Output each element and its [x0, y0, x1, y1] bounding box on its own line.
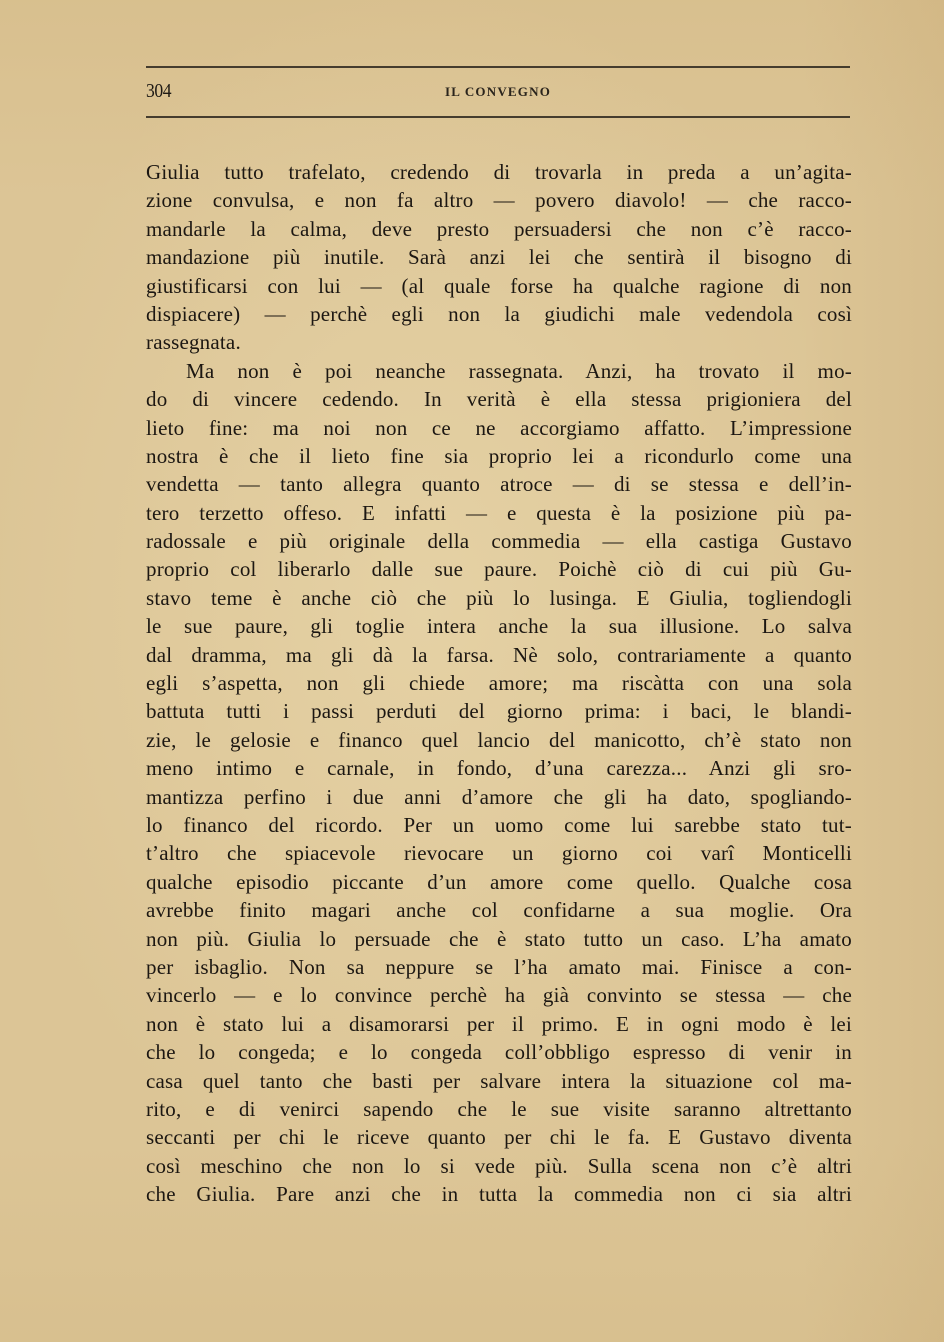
text-line: così meschino che non lo si vede più. Su…: [146, 1152, 852, 1180]
text-line: tero terzetto offeso. E infatti — e ques…: [146, 499, 852, 527]
text-line: t’altro che spiacevole rievocare un gior…: [146, 839, 852, 867]
text-line: egli s’aspetta, non gli chiede amore; ma…: [146, 669, 852, 697]
text-line: le sue paure, gli toglie intera anche la…: [146, 612, 852, 640]
text-line: lieto fine: ma noi non ce ne accorgiamo …: [146, 414, 852, 442]
text-line: proprio col liberarlo dalle sue paure. P…: [146, 555, 852, 583]
text-line: nostra è che il lieto fine sia proprio l…: [146, 442, 852, 470]
text-line: radossale e più originale della commedia…: [146, 527, 852, 555]
text-line: giustificarsi con lui — (al quale forse …: [146, 272, 852, 300]
text-line-paragraph-start: Ma non è poi neanche rassegnata. Anzi, h…: [146, 357, 852, 385]
text-line: per isbaglio. Non sa neppure se l’ha ama…: [146, 953, 852, 981]
text-line: vendetta — tanto allegra quanto atroce —…: [146, 470, 852, 498]
text-line: non più. Giulia lo persuade che è stato …: [146, 925, 852, 953]
text-line: lo financo del ricordo. Per un uomo come…: [146, 811, 852, 839]
text-line: avrebbe finito magari anche col confidar…: [146, 896, 852, 924]
text-line: dispiacere) — perchè egli non la giudich…: [146, 300, 852, 328]
running-head: 304 IL CONVEGNO: [146, 68, 850, 116]
text-line: rito, e di venirci sapendo che le sue vi…: [146, 1095, 852, 1123]
text-line: vincerlo — e lo convince perchè ha già c…: [146, 981, 852, 1009]
text-line: battuta tutti i passi perduti del giorno…: [146, 697, 852, 725]
text-line-paragraph-end: rassegnata.: [146, 328, 852, 356]
page-header: 304 IL CONVEGNO: [146, 66, 850, 118]
text-line: seccanti per chi le riceve quanto per ch…: [146, 1123, 852, 1151]
text-line: non è stato lui a disamorarsi per il pri…: [146, 1010, 852, 1038]
text-line: dal dramma, ma gli dà la farsa. Nè solo,…: [146, 641, 852, 669]
text-line: stavo teme è anche ciò che più lo lusing…: [146, 584, 852, 612]
text-line: zione convulsa, e non fa altro — povero …: [146, 186, 852, 214]
text-line: zie, le gelosie e financo quel lancio de…: [146, 726, 852, 754]
journal-title: IL CONVEGNO: [146, 84, 850, 100]
text-line: casa quel tanto che basti per salvare in…: [146, 1067, 852, 1095]
text-line: qualche episodio piccante d’un amore com…: [146, 868, 852, 896]
text-line: Giulia tutto trafelato, credendo di trov…: [146, 158, 852, 186]
text-line: mandarle la calma, deve presto persuader…: [146, 215, 852, 243]
text-line: che Giulia. Pare anzi che in tutta la co…: [146, 1180, 852, 1208]
text-line: mantizza perfino i due anni d’amore che …: [146, 783, 852, 811]
text-line: do di vincere cedendo. In verità è ella …: [146, 385, 852, 413]
header-bottom-rule: [146, 116, 850, 118]
text-line: meno intimo e carnale, in fondo, d’una c…: [146, 754, 852, 782]
text-line: mandazione più inutile. Sarà anzi lei ch…: [146, 243, 852, 271]
text-line: che lo congeda; e lo congeda coll’obblig…: [146, 1038, 852, 1066]
body-text: Giulia tutto trafelato, credendo di trov…: [146, 158, 852, 1208]
